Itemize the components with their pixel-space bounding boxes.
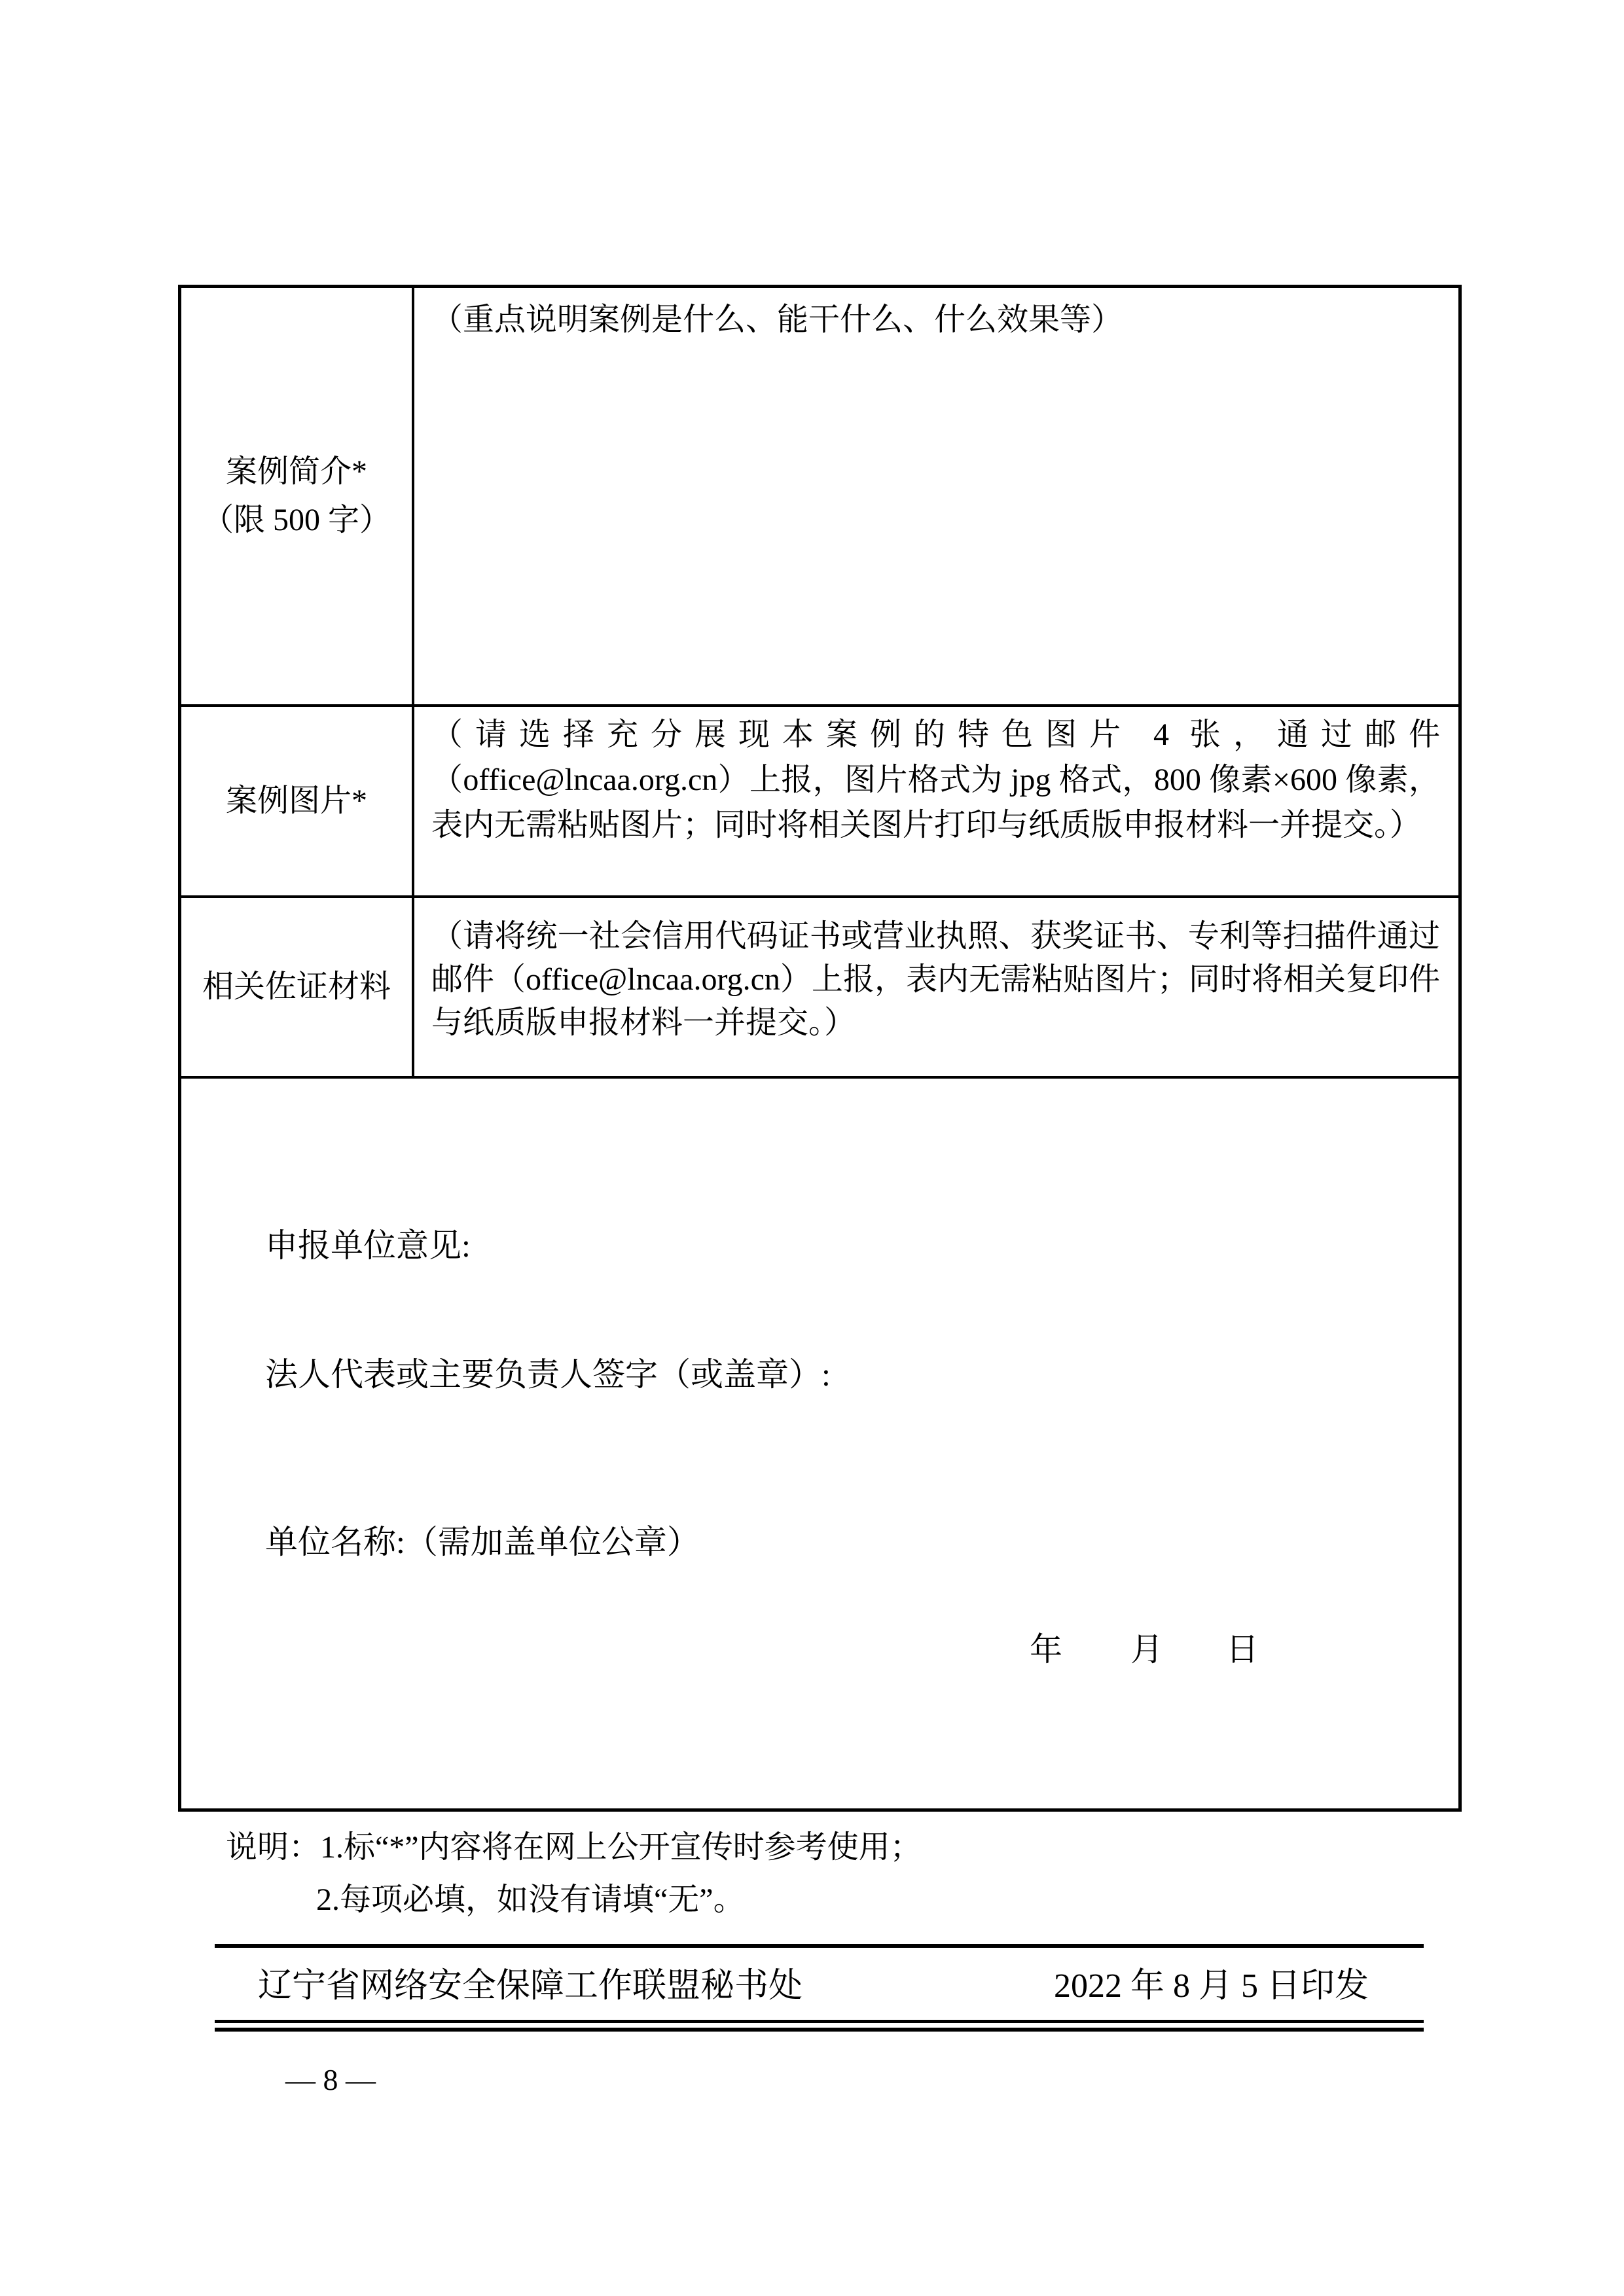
imprint-print-date: 2022 年 8 月 5 日印发 — [1054, 1962, 1369, 2011]
supporting-materials-label-cell: 相关佐证材料 — [181, 898, 414, 1079]
form-note-1: 说明：1.标“*”内容将在网上公开宣传时参考使用； — [226, 1821, 922, 1874]
scanned-document-page: { "page": { "background": "#ffffff", "in… — [0, 0, 1624, 2296]
date-month-label: 月 — [1130, 1630, 1163, 1669]
declaring-unit-opinion-cell: 申报单位意见: 法人代表或主要负责人签字（或盖章）: 单位名称:（需加盖单位公章… — [181, 1079, 1458, 1808]
case-intro-label-cell: 案例简介* （限 500 字） — [181, 288, 414, 707]
page-number: — 8 — — [252, 2062, 409, 2098]
imprint-issuer: 辽宁省网络安全保障工作联盟秘书处 — [258, 1962, 803, 2011]
imprint-bottom-double-rule — [215, 2020, 1424, 2032]
case-intro-content-cell: （重点说明案例是什么、能干什么、什么效果等） — [414, 288, 1458, 707]
unit-opinion-heading: 申报单位意见: — [265, 1226, 471, 1265]
legal-representative-signature-line: 法人代表或主要负责人签字（或盖章）: — [265, 1355, 831, 1394]
imprint-bottom-rule-thick — [215, 2028, 1424, 2032]
case-images-hint-text: （请选择充分展现本案例的特色图片 4 张，通过邮件（office@lncaa.o… — [431, 712, 1440, 848]
form-note-2: 2.每项必填，如没有请填“无”。 — [316, 1874, 922, 1926]
date-year-label: 年 — [1030, 1630, 1062, 1669]
date-day-label: 日 — [1226, 1630, 1259, 1669]
supporting-materials-label: 相关佐证材料 — [202, 963, 391, 1011]
imprint-top-rule — [215, 1944, 1424, 1948]
form-notes: 说明：1.标“*”内容将在网上公开宣传时参考使用； 2.每项必填，如没有请填“无… — [226, 1821, 922, 1926]
imprint-bottom-rule-thin — [215, 2020, 1424, 2023]
imprint-row: 辽宁省网络安全保障工作联盟秘书处 2022 年 8 月 5 日印发 — [215, 1962, 1424, 2011]
case-intro-word-limit: （限 500 字） — [202, 496, 391, 545]
unit-name-seal-line: 单位名称:（需加盖单位公章） — [265, 1522, 700, 1562]
application-form-table: 案例简介* （限 500 字） （重点说明案例是什么、能干什么、什么效果等） 案… — [178, 285, 1462, 1812]
supporting-materials-hint-text: （请将统一社会信用代码证书或营业执照、获奖证书、专利等扫描件通过邮件（offic… — [431, 915, 1440, 1045]
case-images-label: 案例图片* — [226, 777, 367, 825]
case-intro-hint-text: （重点说明案例是什么、能干什么、什么效果等） — [431, 298, 1439, 342]
case-images-content-cell: （请选择充分展现本案例的特色图片 4 张，通过邮件（office@lncaa.o… — [414, 707, 1458, 898]
case-intro-label: 案例简介* — [226, 448, 367, 496]
case-images-label-cell: 案例图片* — [181, 707, 414, 898]
date-fill-line: 年 月 日 — [1030, 1630, 1259, 1669]
supporting-materials-content-cell: （请将统一社会信用代码证书或营业执照、获奖证书、专利等扫描件通过邮件（offic… — [414, 898, 1458, 1079]
